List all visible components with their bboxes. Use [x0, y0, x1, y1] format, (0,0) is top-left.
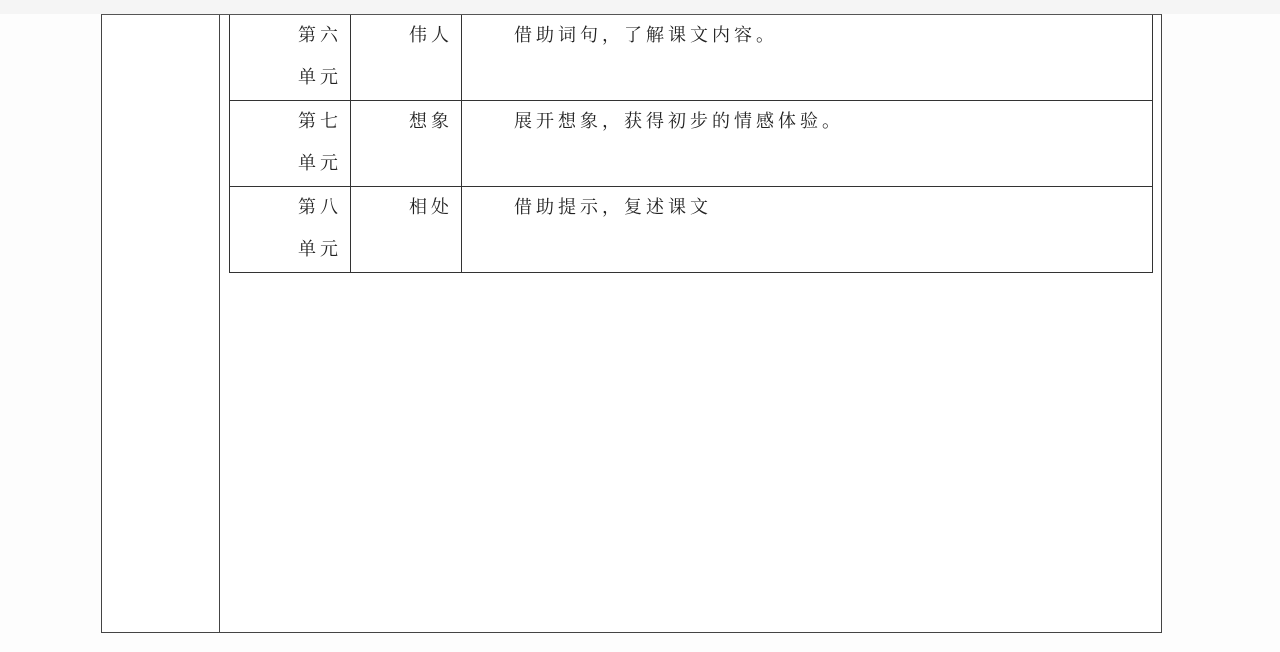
- unit-label: 第六: [230, 15, 342, 57]
- theme-cell: 想象: [351, 101, 462, 187]
- unit-label-suffix: 单元: [230, 143, 342, 185]
- unit-label-suffix: 单元: [230, 229, 342, 271]
- unit-label: 第七: [230, 101, 342, 143]
- unit-label: 第八: [230, 187, 342, 229]
- table-row: 第六 单元 伟人 借助词句，了解课文内容。: [230, 15, 1153, 101]
- unit-goals-table: 第六 单元 伟人 借助词句，了解课文内容。 第七 单元 想象 展开想象，获得初步…: [229, 15, 1153, 273]
- unit-cell: 第六 单元: [230, 15, 351, 101]
- theme-cell: 相处: [351, 187, 462, 273]
- goal-cell: 借助提示，复述课文: [462, 187, 1153, 273]
- theme-cell: 伟人: [351, 15, 462, 101]
- viewer-top-bar: [0, 0, 1280, 14]
- table-row: 第七 单元 想象 展开想象，获得初步的情感体验。: [230, 101, 1153, 187]
- outer-left-column: [102, 15, 220, 632]
- document-page: 第六 单元 伟人 借助词句，了解课文内容。 第七 单元 想象 展开想象，获得初步…: [101, 14, 1162, 633]
- unit-cell: 第八 单元: [230, 187, 351, 273]
- unit-label-suffix: 单元: [230, 57, 342, 99]
- goal-cell: 借助词句，了解课文内容。: [462, 15, 1153, 101]
- unit-cell: 第七 单元: [230, 101, 351, 187]
- table-row: 第八 单元 相处 借助提示，复述课文: [230, 187, 1153, 273]
- goal-cell: 展开想象，获得初步的情感体验。: [462, 101, 1153, 187]
